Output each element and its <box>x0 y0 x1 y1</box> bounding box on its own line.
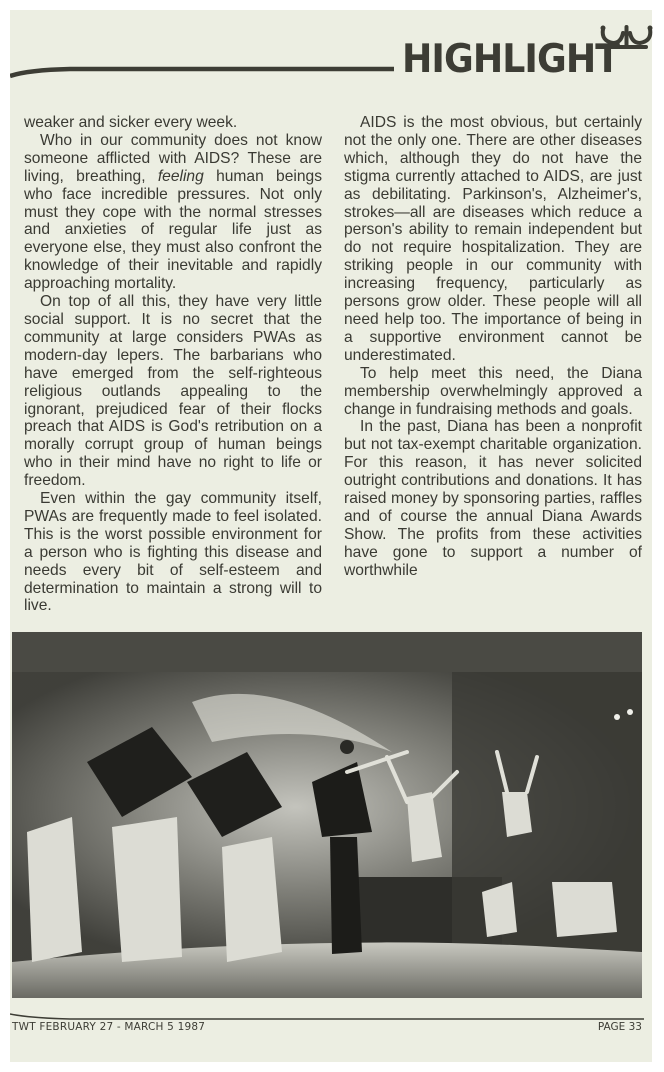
right-column: AIDS is the most obvious, but certainly … <box>344 114 642 580</box>
paragraph: On top of all this, they have very littl… <box>24 293 322 490</box>
stage-performance-photo <box>12 632 642 998</box>
paragraph: AIDS is the most obvious, but certainly … <box>344 114 642 365</box>
photo-illustration <box>12 632 642 998</box>
paragraph: Even within the gay community itself, PW… <box>24 490 322 615</box>
magazine-page: HIGHLIGHT weaker and sicker every week. … <box>10 10 652 1062</box>
header-swoosh-rule <box>10 10 410 100</box>
paragraph: To help meet this need, the Diana member… <box>344 365 642 419</box>
section-title: HIGHLIGHT <box>402 40 619 79</box>
publication-date: TWT FEBRUARY 27 - MARCH 5 1987 <box>12 1021 205 1033</box>
left-column: weaker and sicker every week. Who in our… <box>24 114 322 615</box>
paragraph: Who in our community does not know someo… <box>24 132 322 293</box>
paragraph: In the past, Diana has been a nonprofit … <box>344 418 642 579</box>
emphasis-text: feeling <box>158 168 204 185</box>
text-run: human beings who face incredible pressur… <box>24 168 322 292</box>
paragraph: weaker and sicker every week. <box>24 114 322 132</box>
page-number: PAGE 33 <box>598 1021 642 1033</box>
